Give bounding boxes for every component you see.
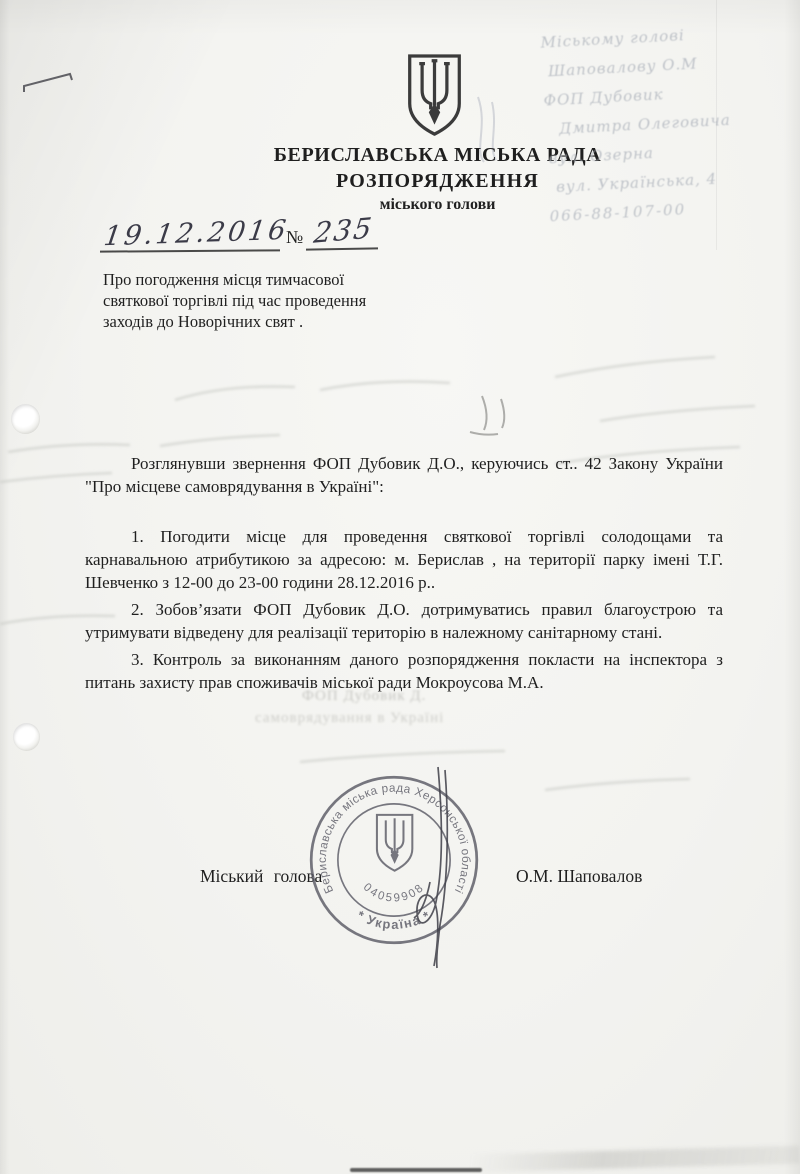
subject-line: Про погодження місця тимчасової: [103, 269, 413, 290]
tryzub-emblem-icon: [404, 52, 465, 140]
body-paragraph: 1. Погодити місце для проведення святков…: [85, 525, 723, 594]
ghost-bleed-text: самоврядування в Україні: [255, 710, 444, 727]
subject-line: заходів до Новорічних свят .: [103, 311, 413, 332]
scan-edge-mark: [350, 1168, 482, 1172]
handwritten-number: 235: [312, 211, 375, 250]
paper-crease: [716, 0, 717, 250]
signatory-name: О.М. Шаповалов: [516, 866, 642, 887]
pencil-marks-center: [470, 396, 504, 435]
body-paragraph: 2. Зобов’язати ФОП Дубовик Д.О. дотримув…: [85, 598, 723, 644]
hole-punch: [11, 404, 40, 434]
decree-body: Розглянувши звернення ФОП Дубовик Д.О., …: [85, 452, 723, 698]
number-sign-label: №: [286, 227, 303, 248]
body-paragraph: Розглянувши звернення ФОП Дубовик Д.О., …: [85, 452, 723, 498]
pen-signature: [390, 762, 460, 972]
scanned-decree-page: БЕРИСЛАВСЬКА МІСЬКА РАДА РОЗПОРЯДЖЕННЯ м…: [0, 0, 800, 1174]
handwritten-date: 19.12.2016: [102, 215, 291, 253]
corner-handwritten-note: Міському голові Шаповалову О.М ФОП Дубов…: [540, 16, 800, 232]
body-paragraph: 3. Контроль за виконанням даного розпоря…: [85, 648, 723, 694]
subject-block: Про погодження місця тимчасової святково…: [103, 269, 413, 332]
hole-punch: [13, 723, 40, 751]
pen-dash-mark: [24, 74, 72, 92]
subject-line: святкової торгівлі під час проведення: [103, 290, 413, 311]
